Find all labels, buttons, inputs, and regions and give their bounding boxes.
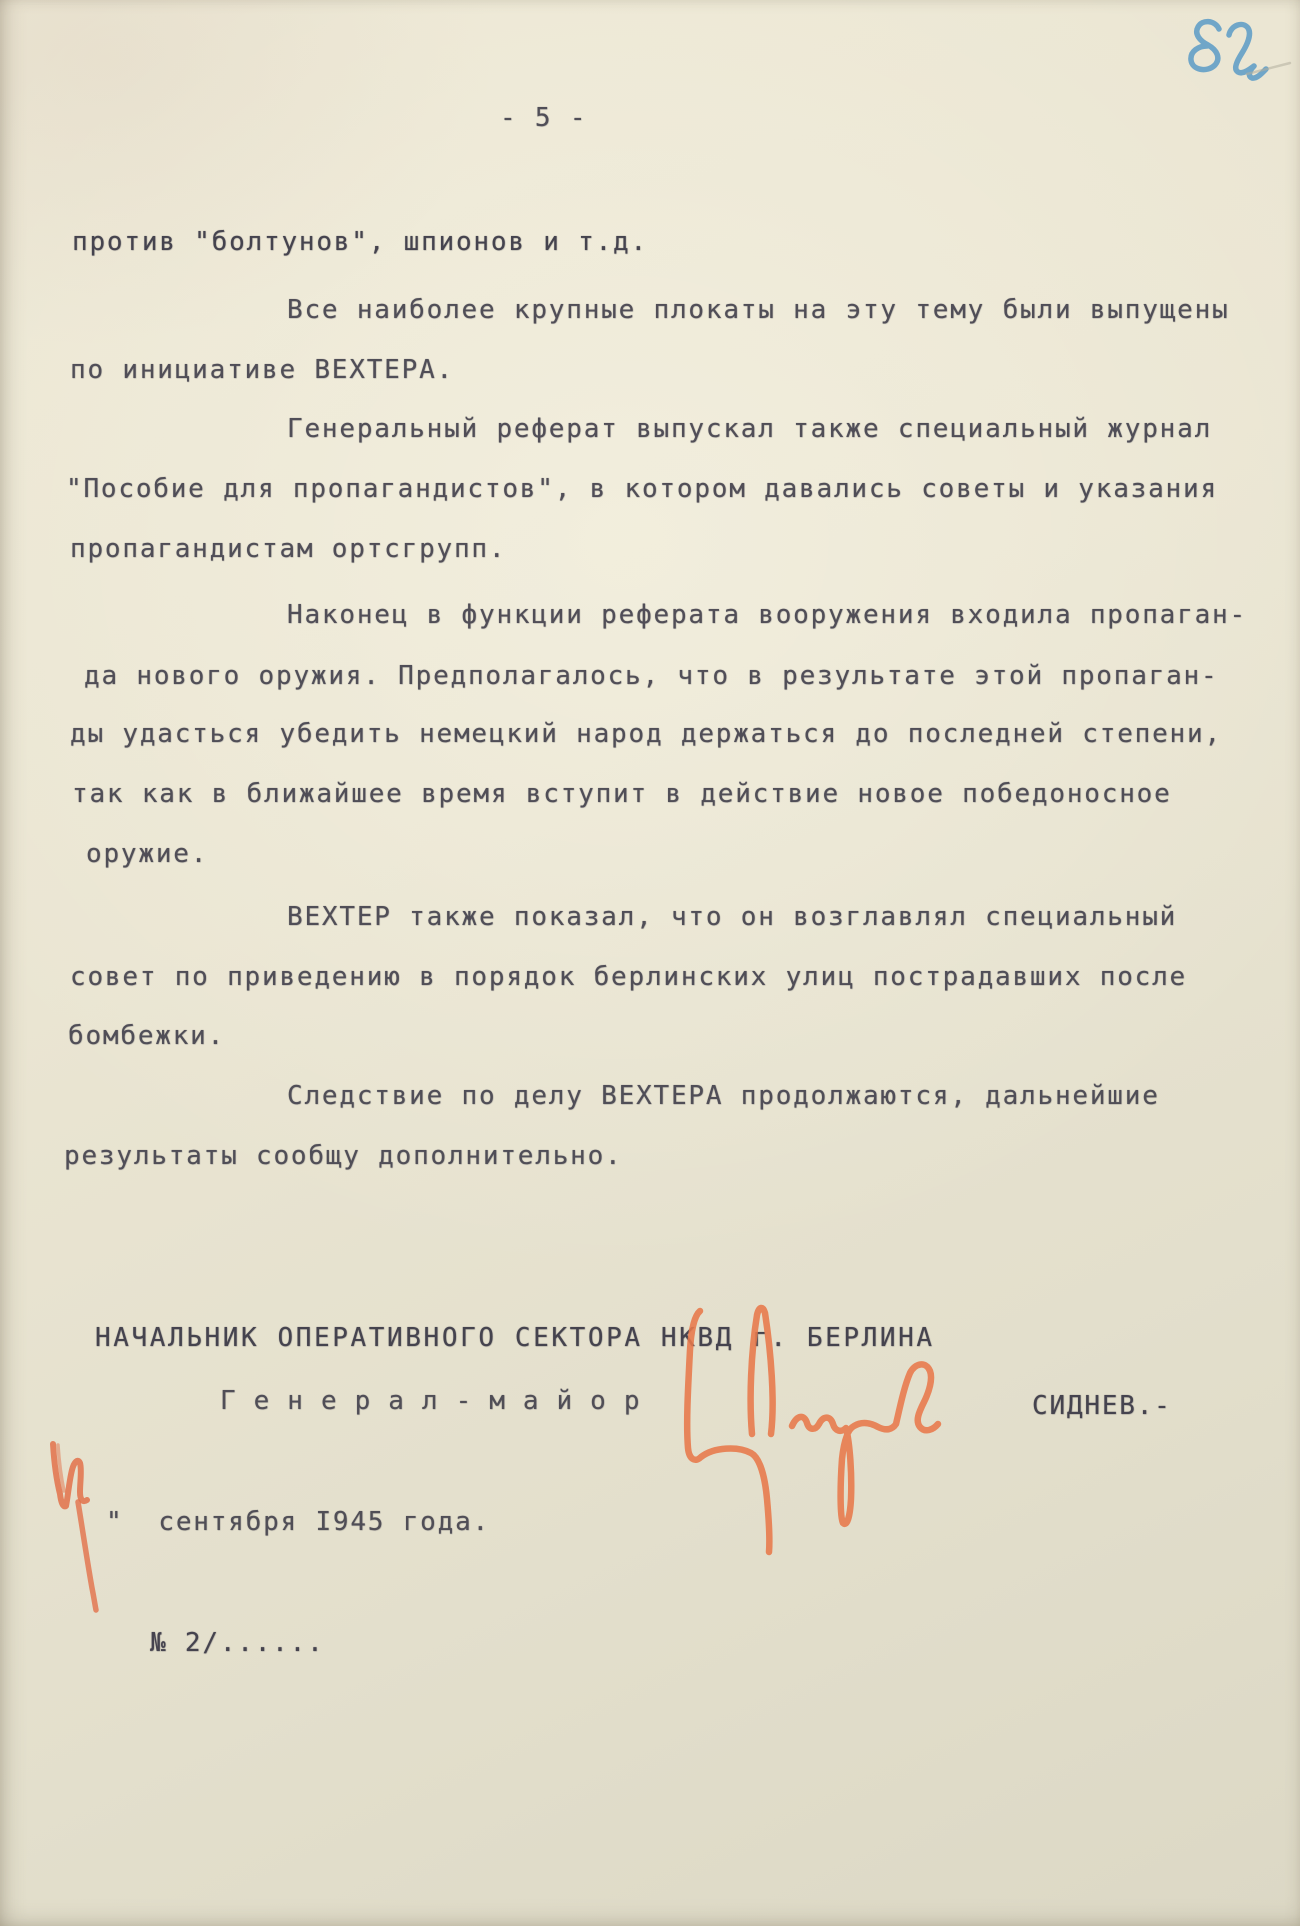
typed-line: бомбежки. (68, 1020, 225, 1053)
signoff-surname: СИДНЕВ.- (1032, 1390, 1172, 1423)
typed-line: да нового оружия. Предполагалось, что в … (84, 660, 1218, 693)
handwritten-folio-number (1191, 22, 1266, 79)
typed-line: Генеральный реферат выпускал также специ… (287, 413, 1212, 446)
typed-line: совет по приведению в порядок берлинских… (70, 961, 1187, 994)
typed-line: Все наиболее крупные плокаты на эту тему… (287, 294, 1229, 327)
typed-line: так как в ближайшее время вступит в дейс… (72, 778, 1172, 811)
pencil-mark (1247, 63, 1290, 74)
document-number-line: № 2/...... (150, 1627, 325, 1660)
typed-line: пропагандистам ортсгрупп. (70, 533, 506, 566)
scanned-document-page: - 5 - против "болтунов", шпионов и т.д. … (0, 0, 1300, 1926)
typed-line: против "болтунов", шпионов и т.д. (72, 226, 648, 259)
typed-line: "Пособие для пропагандистов", в котором … (66, 473, 1218, 506)
handwritten-day-mark (53, 1444, 96, 1610)
typed-line: ды удасться убедить немецкий народ держа… (70, 718, 1222, 751)
date-line: " сентября I945 года. (106, 1506, 490, 1539)
page-number-typed: - 5 - (500, 102, 587, 135)
signoff-rank: Генерал-майор (220, 1385, 658, 1418)
typed-line: результаты сообщу дополнительно. (64, 1140, 623, 1173)
typed-line: оружие. (86, 838, 208, 871)
signoff-title-line: НАЧАЛЬНИК ОПЕРАТИВНОГО СЕКТОРА НКВД г. Б… (95, 1322, 935, 1355)
typed-line: Следствие по делу ВЕХТЕРА продолжаются, … (287, 1080, 1160, 1113)
typed-line: по инициативе ВЕХТЕРА. (70, 354, 454, 387)
typed-line: ВЕХТЕР также показал, что он возглавлял … (287, 901, 1177, 934)
typed-line: Наконец в функции реферата вооружения вх… (287, 599, 1247, 632)
